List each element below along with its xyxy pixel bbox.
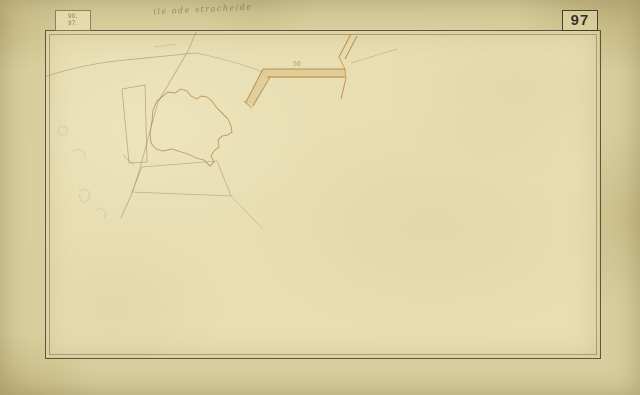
archive-stamp-line1: 90. [68, 14, 78, 21]
archive-stamp-line2: 97. [68, 21, 78, 28]
handwritten-annotation: ile ode stracheide [138, 2, 268, 18]
map-sheet: 90. 97. ile ode stracheide 97 50 [0, 0, 640, 395]
archive-stamp: 90. 97. [55, 10, 91, 31]
sheet-number-plate: 97 [562, 10, 598, 31]
map-area [45, 30, 599, 357]
sheet-number: 97 [571, 12, 590, 29]
